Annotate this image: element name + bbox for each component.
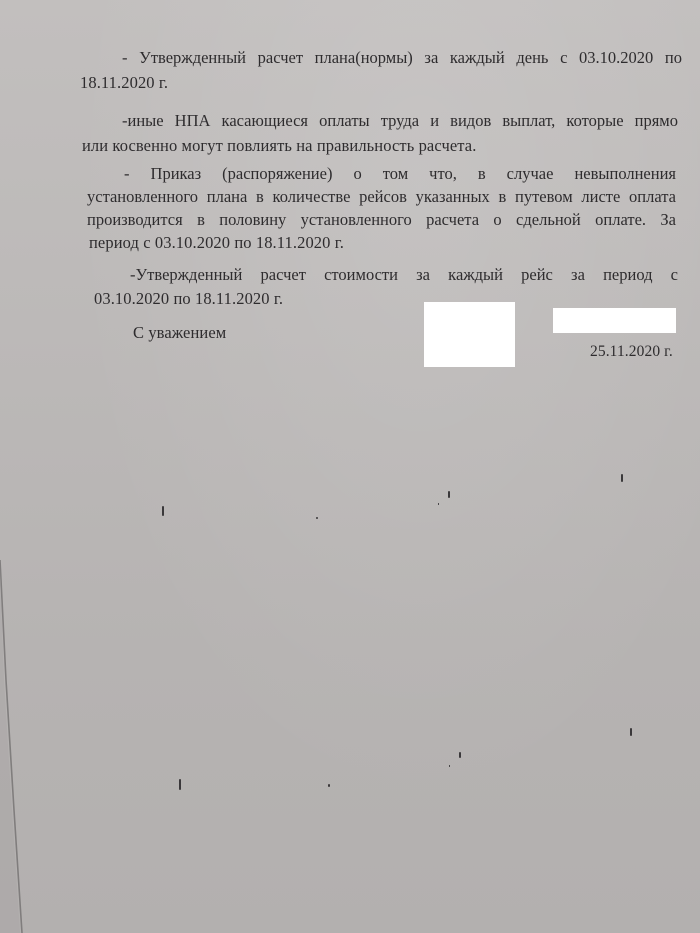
- redacted-signature: [424, 302, 515, 367]
- paper-speck: [630, 728, 632, 736]
- paper-speck: [438, 503, 439, 505]
- paragraph-3-line-3: производится в половину установленного р…: [87, 210, 676, 230]
- paragraph-2-line-1: -иные НПА касающиеся оплаты труда и видо…: [122, 111, 678, 131]
- paragraph-3-line-2: установленного плана в количестве рейсов…: [87, 187, 676, 207]
- paragraph-3-line-1: - Приказ (распоряжение) о том что, в слу…: [124, 164, 676, 184]
- scanned-paper: - Утвержденный расчет плана(нормы) за ка…: [0, 0, 700, 933]
- document-date: 25.11.2020 г.: [590, 343, 673, 361]
- paper-speck: [621, 474, 623, 482]
- paper-speck: [316, 517, 318, 519]
- redacted-name: [553, 308, 676, 333]
- paper-speck: [328, 784, 330, 787]
- paper-speck: [448, 491, 450, 498]
- paragraph-2-line-2: или косвенно могут повлиять на правильно…: [82, 136, 476, 156]
- paragraph-1-line-2: 18.11.2020 г.: [80, 73, 168, 93]
- paragraph-4-line-2: 03.10.2020 по 18.11.2020 г.: [94, 289, 283, 309]
- paragraph-4-line-1: -Утвержденный расчет стоимости за каждый…: [130, 265, 678, 285]
- closing-salutation: С уважением: [133, 323, 226, 343]
- paragraph-3-line-4: период с 03.10.2020 по 18.11.2020 г.: [89, 233, 344, 253]
- paper-speck: [179, 779, 181, 790]
- page-edge-shadow: [0, 560, 40, 933]
- paper-speck: [459, 752, 461, 758]
- paper-speck: [162, 506, 164, 516]
- paragraph-1-line-1: - Утвержденный расчет плана(нормы) за ка…: [122, 48, 682, 68]
- paper-speck: [449, 765, 450, 767]
